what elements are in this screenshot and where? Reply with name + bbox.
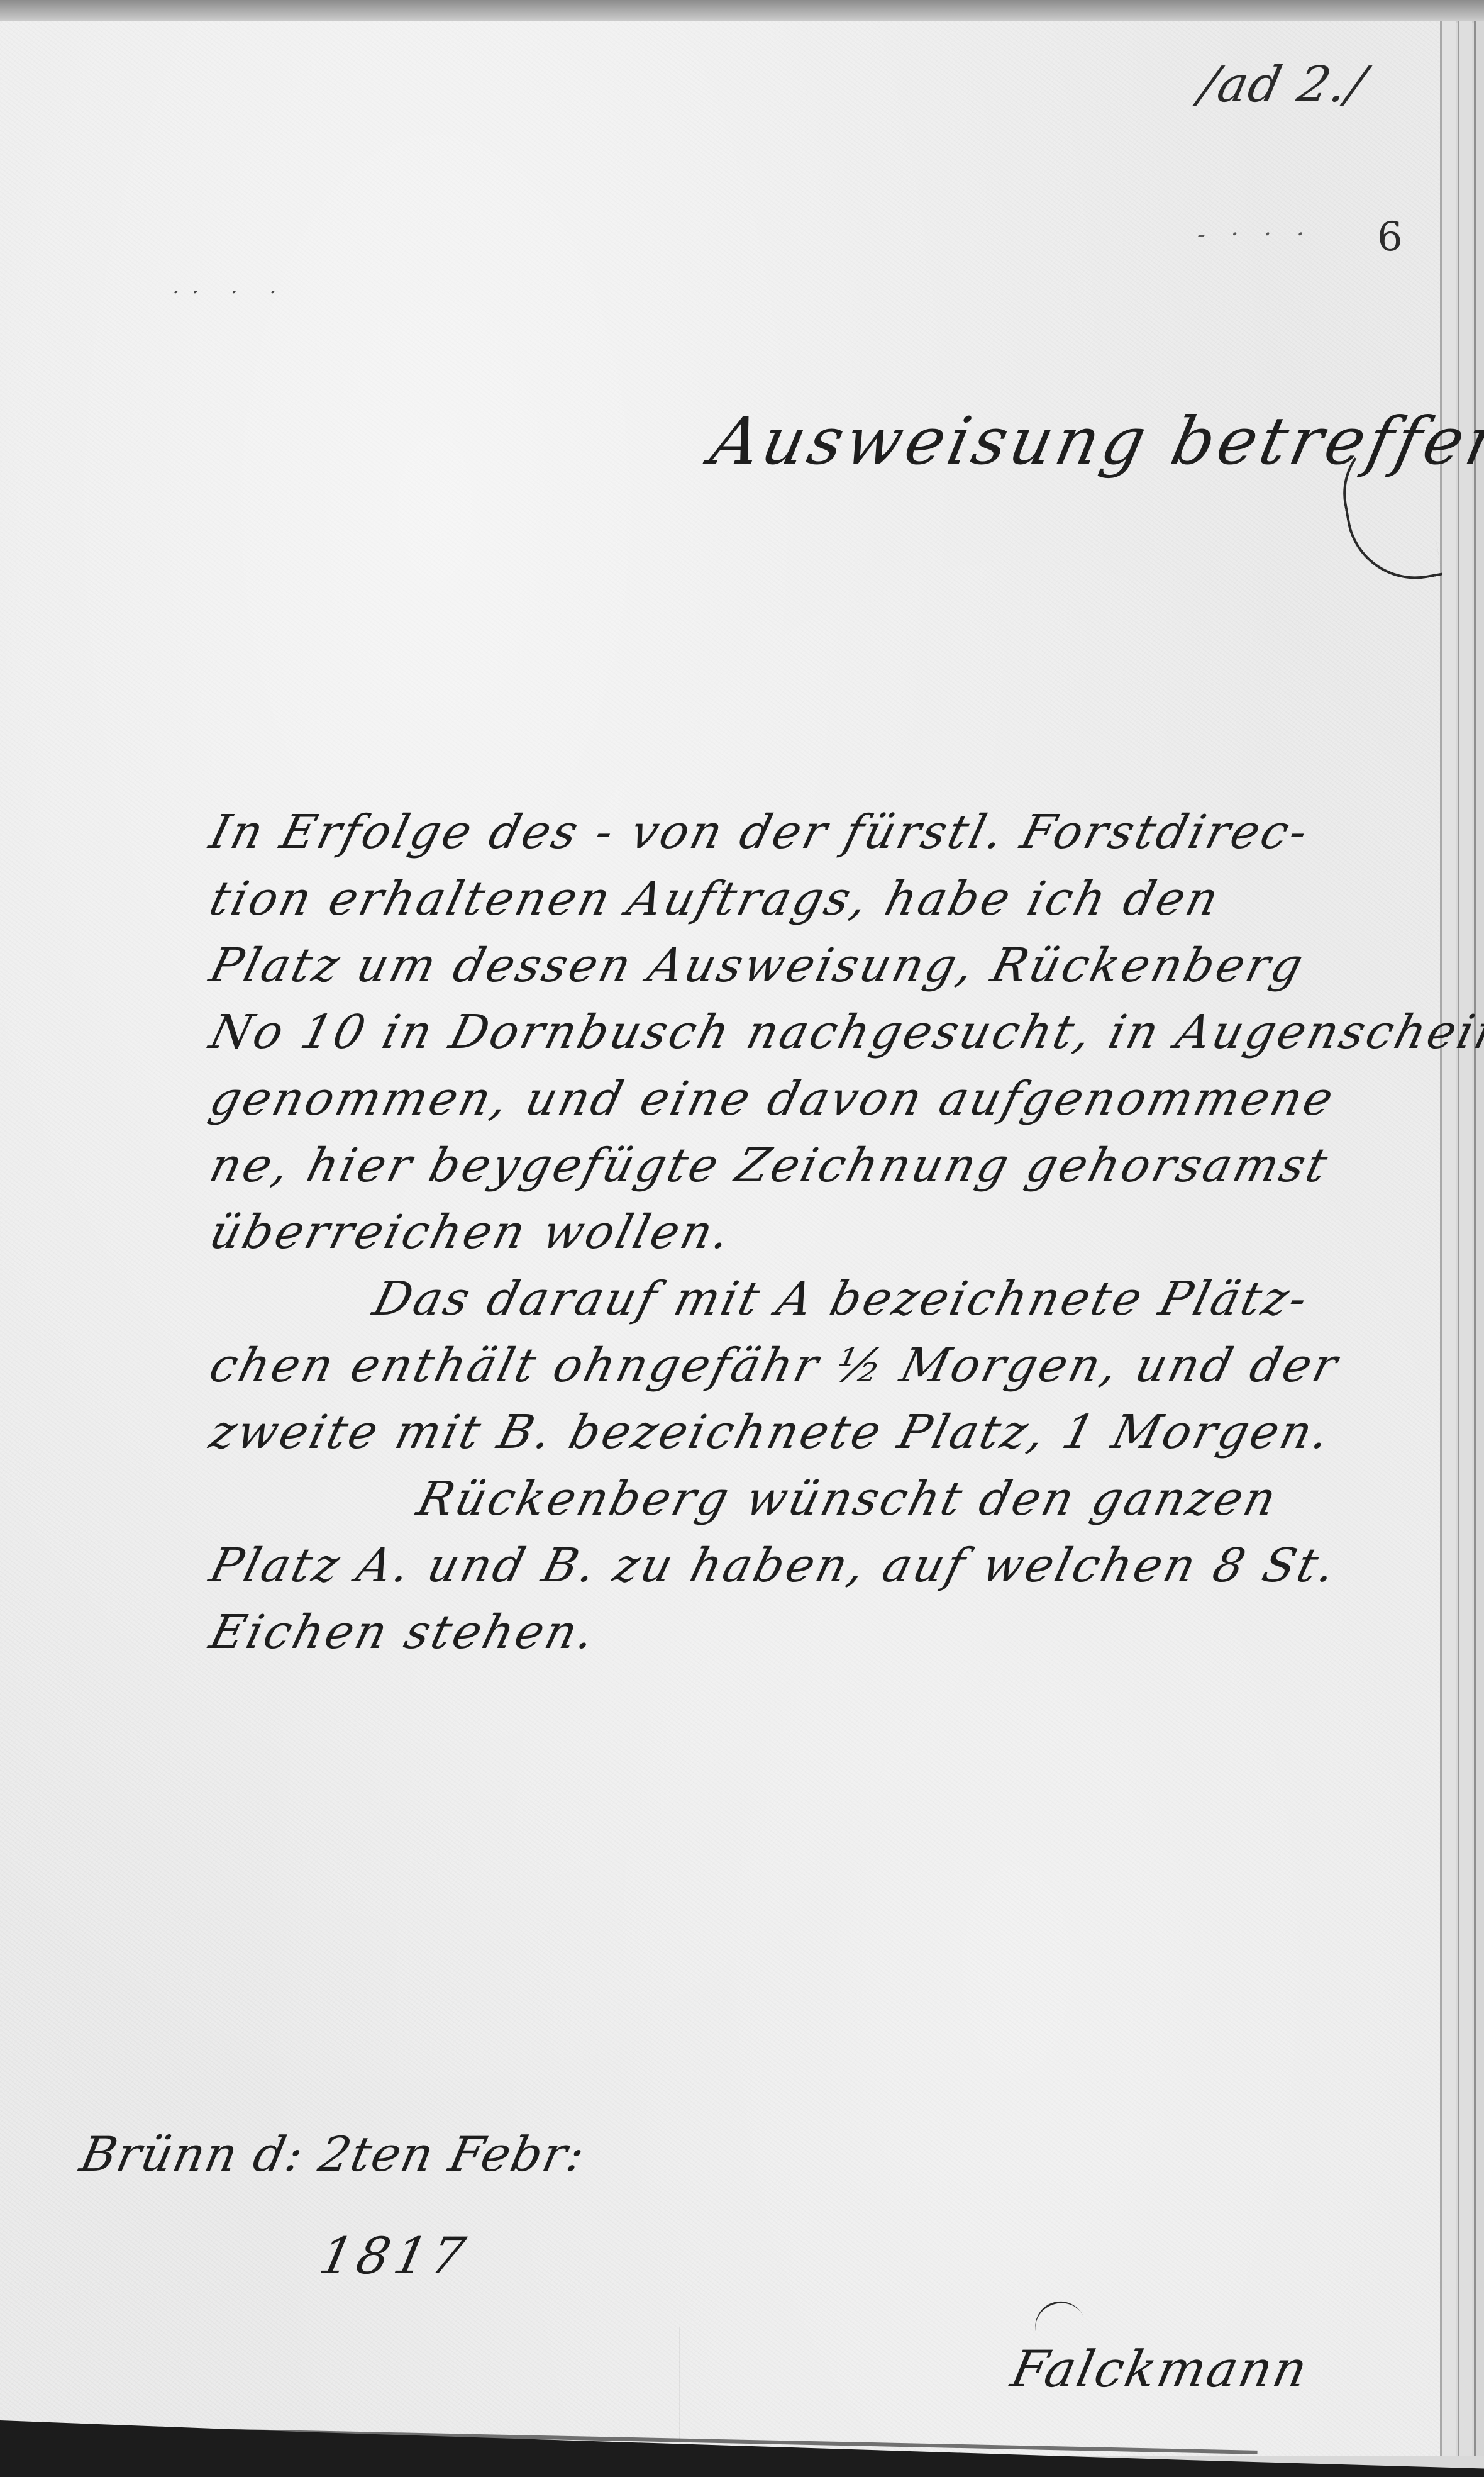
stacked-page-edge: [1474, 21, 1484, 2456]
body-line: Das darauf mit A bezeichnete Plätz-: [201, 1272, 1450, 1339]
body-line: zweite mit B. bezeichnete Platz, 1 Morge…: [201, 1405, 1450, 1472]
body-line: genommen, und eine davon aufgenommene: [201, 1072, 1450, 1138]
paper-crease: [679, 2327, 680, 2441]
stacked-page-edge: [1458, 21, 1472, 2456]
place-and-date: Brünn d: 2ten Febr:: [75, 2126, 591, 2182]
date-year: 1817: [314, 2227, 475, 2285]
ink-specks: ·· · ·: [170, 280, 291, 305]
body-line: Platz um dessen Ausweisung, Rückenberg: [201, 938, 1450, 1005]
top-scanner-shadow: [0, 0, 1484, 23]
body-line: Platz A. und B. zu haben, auf welchen 8 …: [201, 1539, 1450, 1605]
reference-mark: /ad 2./: [1195, 57, 1371, 113]
signature: Falckmann: [1006, 2340, 1314, 2398]
body-line: tion erhaltenen Auftrags, habe ich den: [201, 872, 1450, 938]
letter-body: In Erfolge des - von der fürstl. Forstdi…: [201, 805, 1434, 1672]
body-line: überreichen wollen.: [201, 1205, 1450, 1272]
folio-number: 6: [1377, 214, 1404, 260]
body-line: Rückenberg wünscht den ganzen: [201, 1472, 1450, 1539]
body-line: No 10 in Dornbusch nachgesucht, in Augen…: [201, 1005, 1450, 1072]
stacked-page-edge: [1440, 21, 1456, 2456]
body-line: ne, hier beygefügte Zeichnung gehorsamst: [201, 1138, 1450, 1205]
folio-dashes: - · · ·: [1195, 220, 1316, 248]
body-line: chen enthält ohngefähr ½ Morgen, und der: [201, 1339, 1450, 1405]
body-line: In Erfolge des - von der fürstl. Forstdi…: [201, 805, 1450, 872]
body-line: Eichen stehen.: [201, 1605, 1450, 1672]
document-scan: /ad 2./ - · · · 6 ·· · · Ausweisung betr…: [0, 0, 1484, 2477]
